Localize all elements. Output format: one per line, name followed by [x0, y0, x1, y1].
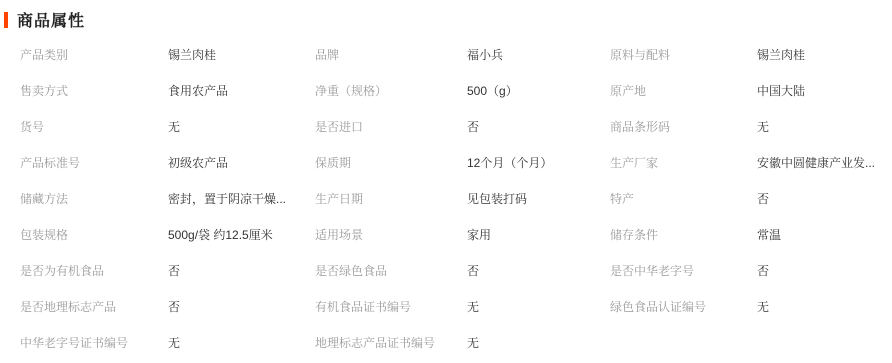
attr-label: 原料与配料 [610, 37, 757, 73]
attr-value: 锡兰肉桂 [168, 37, 315, 73]
attr-label: 是否地理标志产品 [20, 289, 168, 325]
attr-value: 12个月（个月） [467, 145, 610, 181]
attr-label: 生产日期 [315, 181, 467, 217]
attr-value: 无 [467, 325, 610, 361]
attr-label: 品牌 [315, 37, 467, 73]
attr-value-truncated: 密封，置于阴凉干燥... [168, 181, 315, 217]
attr-label: 地理标志产品证书编号 [315, 325, 467, 361]
attr-label: 货号 [20, 109, 168, 145]
attr-value: 无 [168, 325, 315, 361]
attr-label: 净重（规格） [315, 73, 467, 109]
attr-value: 无 [757, 109, 892, 145]
attr-label: 原产地 [610, 73, 757, 109]
attr-label: 是否中华老字号 [610, 253, 757, 289]
attr-label: 中华老字号证书编号 [20, 325, 168, 361]
attr-label: 储藏方法 [20, 181, 168, 217]
attr-label: 是否绿色食品 [315, 253, 467, 289]
attr-label: 适用场景 [315, 217, 467, 253]
accent-bar-icon [4, 12, 8, 28]
attr-value: 锡兰肉桂 [757, 37, 892, 73]
attr-label: 绿色食品认证编号 [610, 289, 757, 325]
attr-value: 见包装打码 [467, 181, 610, 217]
attr-value: 常温 [757, 217, 892, 253]
attr-label: 产品标准号 [20, 145, 168, 181]
attr-value: 否 [757, 253, 892, 289]
attr-value: 初级农产品 [168, 145, 315, 181]
attr-value: 福小兵 [467, 37, 610, 73]
attr-value: 无 [467, 289, 610, 325]
attr-value: 否 [467, 109, 610, 145]
attr-label: 生产厂家 [610, 145, 757, 181]
attr-value-truncated: 安徽中圆健康产业发... [757, 145, 892, 181]
attr-value: 500（g） [467, 73, 610, 109]
attr-label: 商品条形码 [610, 109, 757, 145]
attr-label: 是否进口 [315, 109, 467, 145]
attr-value: 无 [757, 289, 892, 325]
attr-value: 否 [168, 253, 315, 289]
page-title: 商品属性 [17, 8, 85, 31]
attr-value: 中国大陆 [757, 73, 892, 109]
attr-label: 储存条件 [610, 217, 757, 253]
attr-label: 特产 [610, 181, 757, 217]
attr-value: 食用农产品 [168, 73, 315, 109]
attr-value: 500g/袋 约12.5厘米 [168, 217, 315, 253]
section-header: 商品属性 [0, 0, 892, 31]
attr-value: 否 [757, 181, 892, 217]
attr-label: 保质期 [315, 145, 467, 181]
attr-value: 家用 [467, 217, 610, 253]
attr-value: 否 [467, 253, 610, 289]
attributes-table: 产品类别 锡兰肉桂 品牌 福小兵 原料与配料 锡兰肉桂 售卖方式 食用农产品 净… [0, 37, 892, 361]
attr-value: 否 [168, 289, 315, 325]
attr-label: 包装规格 [20, 217, 168, 253]
attr-label: 是否为有机食品 [20, 253, 168, 289]
attr-value: 无 [168, 109, 315, 145]
attr-label: 有机食品证书编号 [315, 289, 467, 325]
attr-label: 售卖方式 [20, 73, 168, 109]
attr-label: 产品类别 [20, 37, 168, 73]
